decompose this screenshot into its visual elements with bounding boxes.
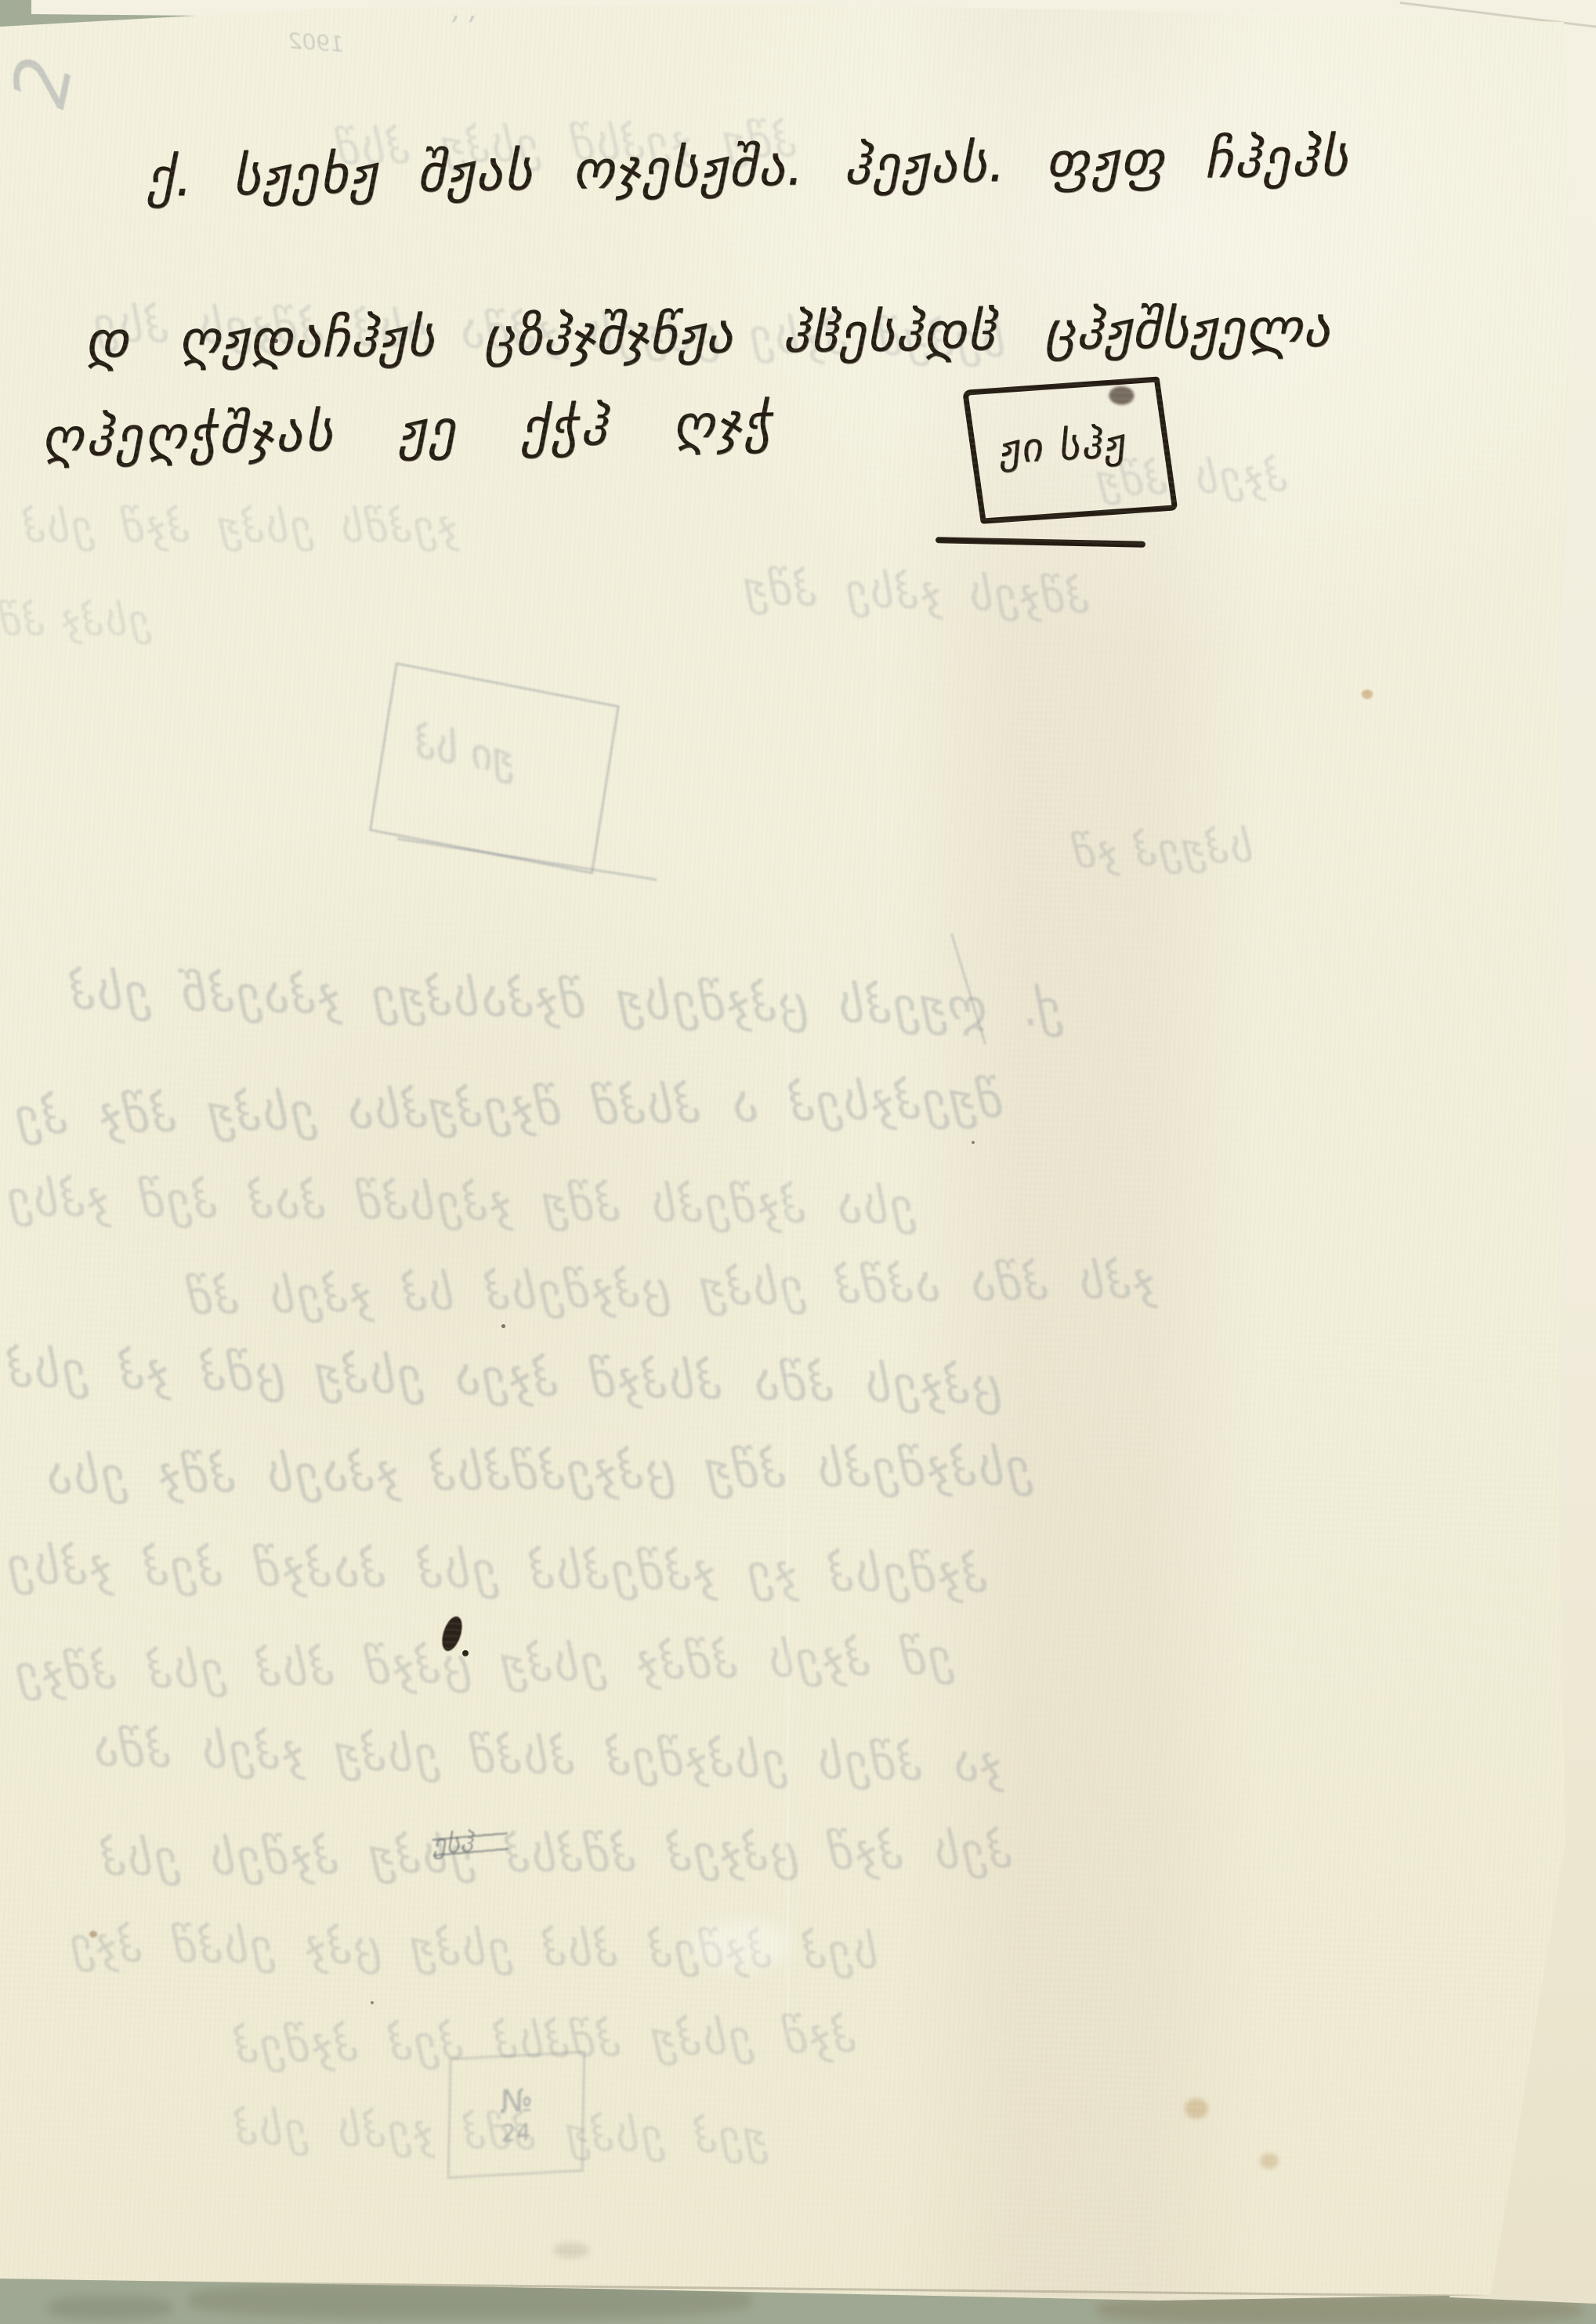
ink-speck	[273, 338, 278, 343]
signature-text: ჟი სჰჟ	[995, 420, 1128, 473]
crossed-out-scribble: ესჰ	[432, 1826, 508, 1862]
showthrough-line: ესჰჯ ჰშ	[0, 595, 152, 645]
showthrough-line: ეშ ჰჯეს ჰშჰჯ ესჰჟ ცჰჯშ ჰსჰ ესჰ ჰშჯე	[15, 1628, 955, 1702]
rust-stain	[1260, 2153, 1279, 2169]
ink-speck	[501, 1324, 505, 1328]
page-number-pencil: 2	[0, 49, 91, 114]
rust-stain	[1185, 2098, 1208, 2119]
showthrough-signature-box: ჟი სჰ	[369, 662, 620, 874]
stamp-symbol: №	[500, 2082, 533, 2119]
showthrough-line: ესა ჰჯშეჰს ჰშჟ ჯჰესჰშ ჰაჰ ჰეშ ჯჰსე	[8, 1170, 917, 1235]
mirrored-numeral-pencil: 1902	[288, 27, 345, 57]
ink-line-1: ქ. სჟეხჟ შჟას ოჯესჟშა. ჰეჟას. ფჟფ ჩჰეჰს	[146, 126, 1350, 209]
showthrough-signature-text: ჟი სჰ	[414, 717, 520, 785]
smudge	[553, 2243, 589, 2258]
light-scuff	[689, 1920, 791, 1970]
signature-box: ჟი სჰჟ	[962, 376, 1178, 523]
backing-smudge	[47, 2296, 172, 2319]
manuscript-page: 1902 ჰშჟ ჯეჰსშ ესჰჟ ჰსშ სეჰჟშ ჰჯსე ცჰჟეს…	[0, 0, 1596, 2324]
ink-speck	[972, 1141, 975, 1144]
showthrough-line: ჰშჯეს ჯჰსე ჰშჟ	[744, 561, 1092, 624]
pencil-tick-marks: ʼ ʼ	[451, 11, 476, 42]
showthrough-line: ჰეს ჰჯშ ცჰჯეჰ ჰშჰსჰ ესჰჟ ჰჯშეს ესჰ	[102, 1822, 1015, 1887]
library-stamp-showthrough: № 24	[447, 2051, 585, 2178]
showthrough-line: ჰჯშესჰ ჯე ჯჰშეჰსჰ ესჰ ჰაჰჯშ ჰეჰ ჯჰსე	[8, 1538, 990, 1605]
showthrough-line: ჯჰს ჰშა აჰშჰ ესჰჟ ცჰჯშესჰ სჰ ჯჰეს ჰშ	[187, 1251, 1157, 1326]
scanned-manuscript: 1902 ჰშჟ ჯეჰსშ ესჰჟ ჰსშ სეჰჟშ ჰჯსე ცჰჟეს…	[0, 0, 1596, 2324]
signature-box-underline	[936, 537, 1145, 548]
showthrough-line: სჰჟეჰ ჯშ	[1073, 821, 1256, 878]
rust-stain	[1362, 690, 1373, 699]
showthrough-line: შჟეჰჯსეჰ ა ჰსჰშ შჯეჰჟჰსა ესჰჟ ჰშჯ ჰე	[15, 1071, 1005, 1146]
showthrough-line: ესჰჯშეჰს ჰშჟ ცჰჯეჰშჰსჰ ჯჰაეს ჰშჯ ესა	[47, 1439, 1034, 1506]
crease-line	[787, 940, 789, 2037]
ink-line-2: დ ღჟდაჩჰჟს ცზჰჯშჯწჟა ჰჱესჰდჱ ცჰჟშსჟელა	[85, 297, 1331, 372]
rust-stain	[89, 1931, 97, 1938]
ink-speck	[462, 1650, 469, 1656]
stamp-number: 24	[501, 2119, 531, 2148]
crease-line	[878, 470, 879, 1175]
ink-line-3: ღჰეღჭშჯას ჟე ქჭჰ ღჯჭ	[41, 392, 774, 469]
showthrough-line: ცჰჯეს ჰშა ჰსჰჯშ ჰჯეა ესჰჟ ცშჰ ჯჰ ესჰ	[7, 1341, 1003, 1416]
showthrough-line: ჯეჰშს ესჰჟ ჰჯშ ესჰ	[24, 501, 459, 552]
showthrough-line: ქ. ღჟეჰს ცჰჯშესჟ შჯჰასჰჟე ჯჰაეჰწ ესჰ	[70, 963, 1065, 1038]
ink-speck	[371, 2001, 374, 2004]
ink-smudge	[1108, 386, 1135, 406]
showthrough-line: ჯა ჰშეს ესჰჯშეჰ ჰსჰშ ესჰჟ ჯჰეს ჰშა	[93, 1720, 1004, 1793]
